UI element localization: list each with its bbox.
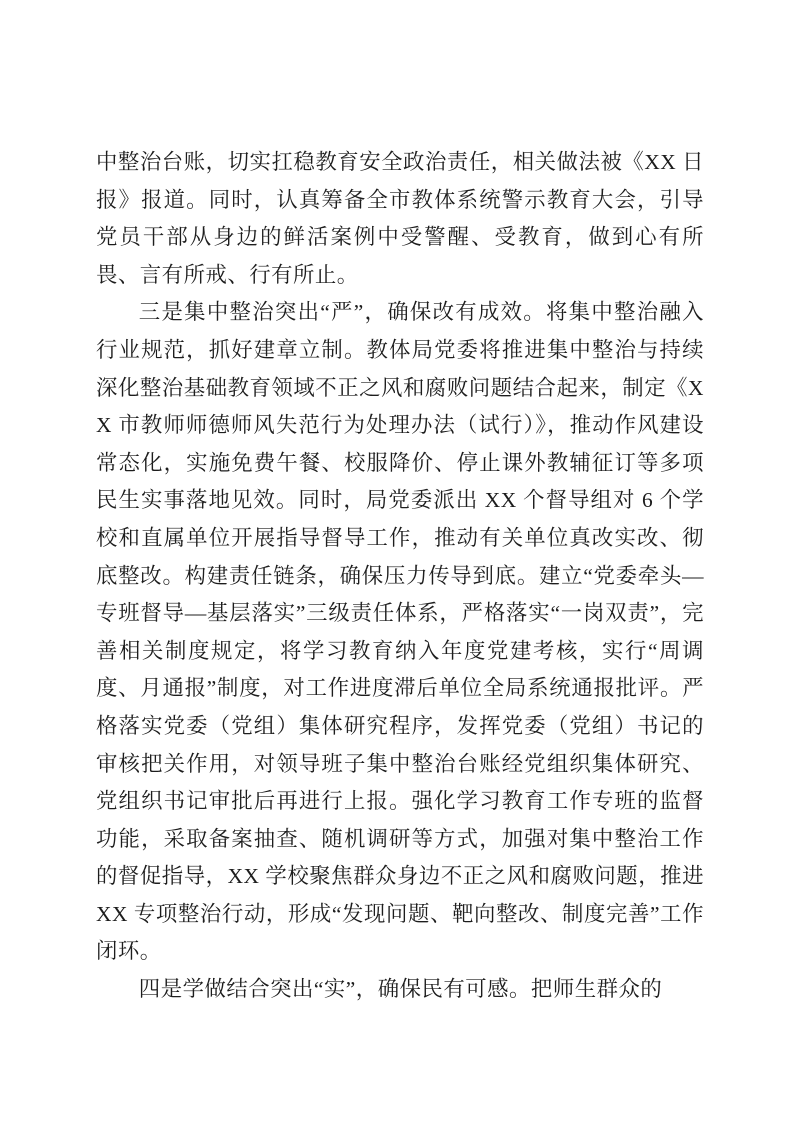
paragraph-point-four: 四是学做结合突出“实”，确保民有可感。把师生群众的 [96, 971, 704, 1009]
document-page: 中整治台账，切实扛稳教育安全政治责任，相关做法被《XX 日报》报道。同时，认真筹… [0, 0, 793, 1122]
paragraph-continuation: 中整治台账，切实扛稳教育安全政治责任，相关做法被《XX 日报》报道。同时，认真筹… [96, 144, 704, 294]
document-text-body: 中整治台账，切实扛稳教育安全政治责任，相关做法被《XX 日报》报道。同时，认真筹… [96, 144, 704, 1009]
paragraph-point-three: 三是集中整治突出“严”，确保改有成效。将集中整治融入行业规范，抓好建章立制。教体… [96, 294, 704, 971]
